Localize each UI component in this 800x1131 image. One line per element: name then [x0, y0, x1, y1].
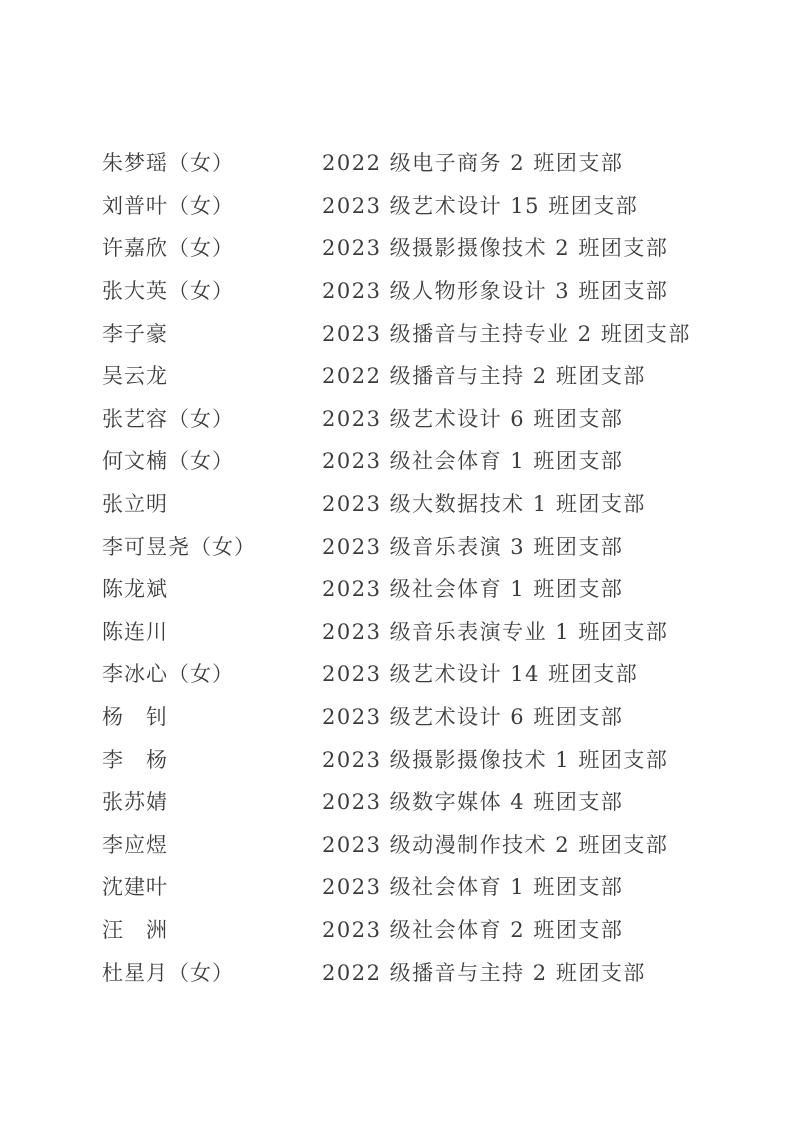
list-item: 张大英（女）2023 级人物形象设计 3 班团支部 — [102, 269, 760, 312]
member-name: 陈连川 — [102, 616, 322, 646]
member-name: 张大英（女） — [102, 275, 322, 305]
league-branch: 2023 级艺术设计 14 班团支部 — [322, 658, 638, 688]
league-branch: 2023 级社会体育 1 班团支部 — [322, 445, 623, 475]
list-item: 李子豪2023 级播音与主持专业 2 班团支部 — [102, 311, 760, 354]
roster-list: 朱梦瑶（女）2022 级电子商务 2 班团支部刘普叶（女）2023 级艺术设计 … — [102, 141, 760, 993]
member-name: 李可昱尧（女） — [102, 531, 322, 561]
member-name: 何文楠（女） — [102, 445, 322, 475]
league-branch: 2023 级人物形象设计 3 班团支部 — [322, 275, 668, 305]
league-branch: 2023 级摄影摄像技术 1 班团支部 — [322, 744, 668, 774]
league-branch: 2023 级社会体育 1 班团支部 — [322, 871, 623, 901]
member-name: 吴云龙 — [102, 360, 322, 390]
member-name: 李 杨 — [102, 744, 322, 774]
league-branch: 2023 级艺术设计 6 班团支部 — [322, 701, 623, 731]
list-item: 陈龙斌2023 级社会体育 1 班团支部 — [102, 567, 760, 610]
list-item: 吴云龙2022 级播音与主持 2 班团支部 — [102, 354, 760, 397]
list-item: 杜星月（女）2022 级播音与主持 2 班团支部 — [102, 950, 760, 993]
member-name: 杜星月（女） — [102, 957, 322, 987]
list-item: 刘普叶（女）2023 级艺术设计 15 班团支部 — [102, 184, 760, 227]
list-item: 张苏婧2023 级数字媒体 4 班团支部 — [102, 780, 760, 823]
league-branch: 2023 级社会体育 2 班团支部 — [322, 914, 623, 944]
league-branch: 2023 级艺术设计 15 班团支部 — [322, 190, 638, 220]
list-item: 沈建叶2023 级社会体育 1 班团支部 — [102, 865, 760, 908]
member-name: 李冰心（女） — [102, 658, 322, 688]
league-branch: 2023 级摄影摄像技术 2 班团支部 — [322, 232, 668, 262]
league-branch: 2023 级音乐表演专业 1 班团支部 — [322, 616, 668, 646]
member-name: 张立明 — [102, 488, 322, 518]
league-branch: 2023 级播音与主持专业 2 班团支部 — [322, 318, 691, 348]
document-page: 朱梦瑶（女）2022 级电子商务 2 班团支部刘普叶（女）2023 级艺术设计 … — [0, 0, 800, 1131]
list-item: 李可昱尧（女）2023 级音乐表演 3 班团支部 — [102, 524, 760, 567]
list-item: 朱梦瑶（女）2022 级电子商务 2 班团支部 — [102, 141, 760, 184]
league-branch: 2022 级播音与主持 2 班团支部 — [322, 360, 646, 390]
member-name: 张艺容（女） — [102, 403, 322, 433]
member-name: 刘普叶（女） — [102, 190, 322, 220]
league-branch: 2022 级电子商务 2 班团支部 — [322, 147, 623, 177]
list-item: 许嘉欣（女）2023 级摄影摄像技术 2 班团支部 — [102, 226, 760, 269]
member-name: 李子豪 — [102, 318, 322, 348]
list-item: 张立明2023 级大数据技术 1 班团支部 — [102, 482, 760, 525]
member-name: 杨 钊 — [102, 701, 322, 731]
member-name: 沈建叶 — [102, 871, 322, 901]
list-item: 张艺容（女）2023 级艺术设计 6 班团支部 — [102, 397, 760, 440]
list-item: 李 杨2023 级摄影摄像技术 1 班团支部 — [102, 737, 760, 780]
list-item: 李应煜2023 级动漫制作技术 2 班团支部 — [102, 823, 760, 866]
league-branch: 2023 级艺术设计 6 班团支部 — [322, 403, 623, 433]
member-name: 张苏婧 — [102, 786, 322, 816]
league-branch: 2023 级音乐表演 3 班团支部 — [322, 531, 623, 561]
league-branch: 2022 级播音与主持 2 班团支部 — [322, 957, 646, 987]
member-name: 许嘉欣（女） — [102, 232, 322, 262]
member-name: 汪 洲 — [102, 914, 322, 944]
list-item: 李冰心（女）2023 级艺术设计 14 班团支部 — [102, 652, 760, 695]
list-item: 何文楠（女）2023 级社会体育 1 班团支部 — [102, 439, 760, 482]
member-name: 朱梦瑶（女） — [102, 147, 322, 177]
list-item: 杨 钊2023 级艺术设计 6 班团支部 — [102, 695, 760, 738]
list-item: 陈连川2023 级音乐表演专业 1 班团支部 — [102, 610, 760, 653]
league-branch: 2023 级动漫制作技术 2 班团支部 — [322, 829, 668, 859]
league-branch: 2023 级数字媒体 4 班团支部 — [322, 786, 623, 816]
member-name: 李应煜 — [102, 829, 322, 859]
list-item: 汪 洲2023 级社会体育 2 班团支部 — [102, 908, 760, 951]
member-name: 陈龙斌 — [102, 573, 322, 603]
league-branch: 2023 级社会体育 1 班团支部 — [322, 573, 623, 603]
league-branch: 2023 级大数据技术 1 班团支部 — [322, 488, 646, 518]
